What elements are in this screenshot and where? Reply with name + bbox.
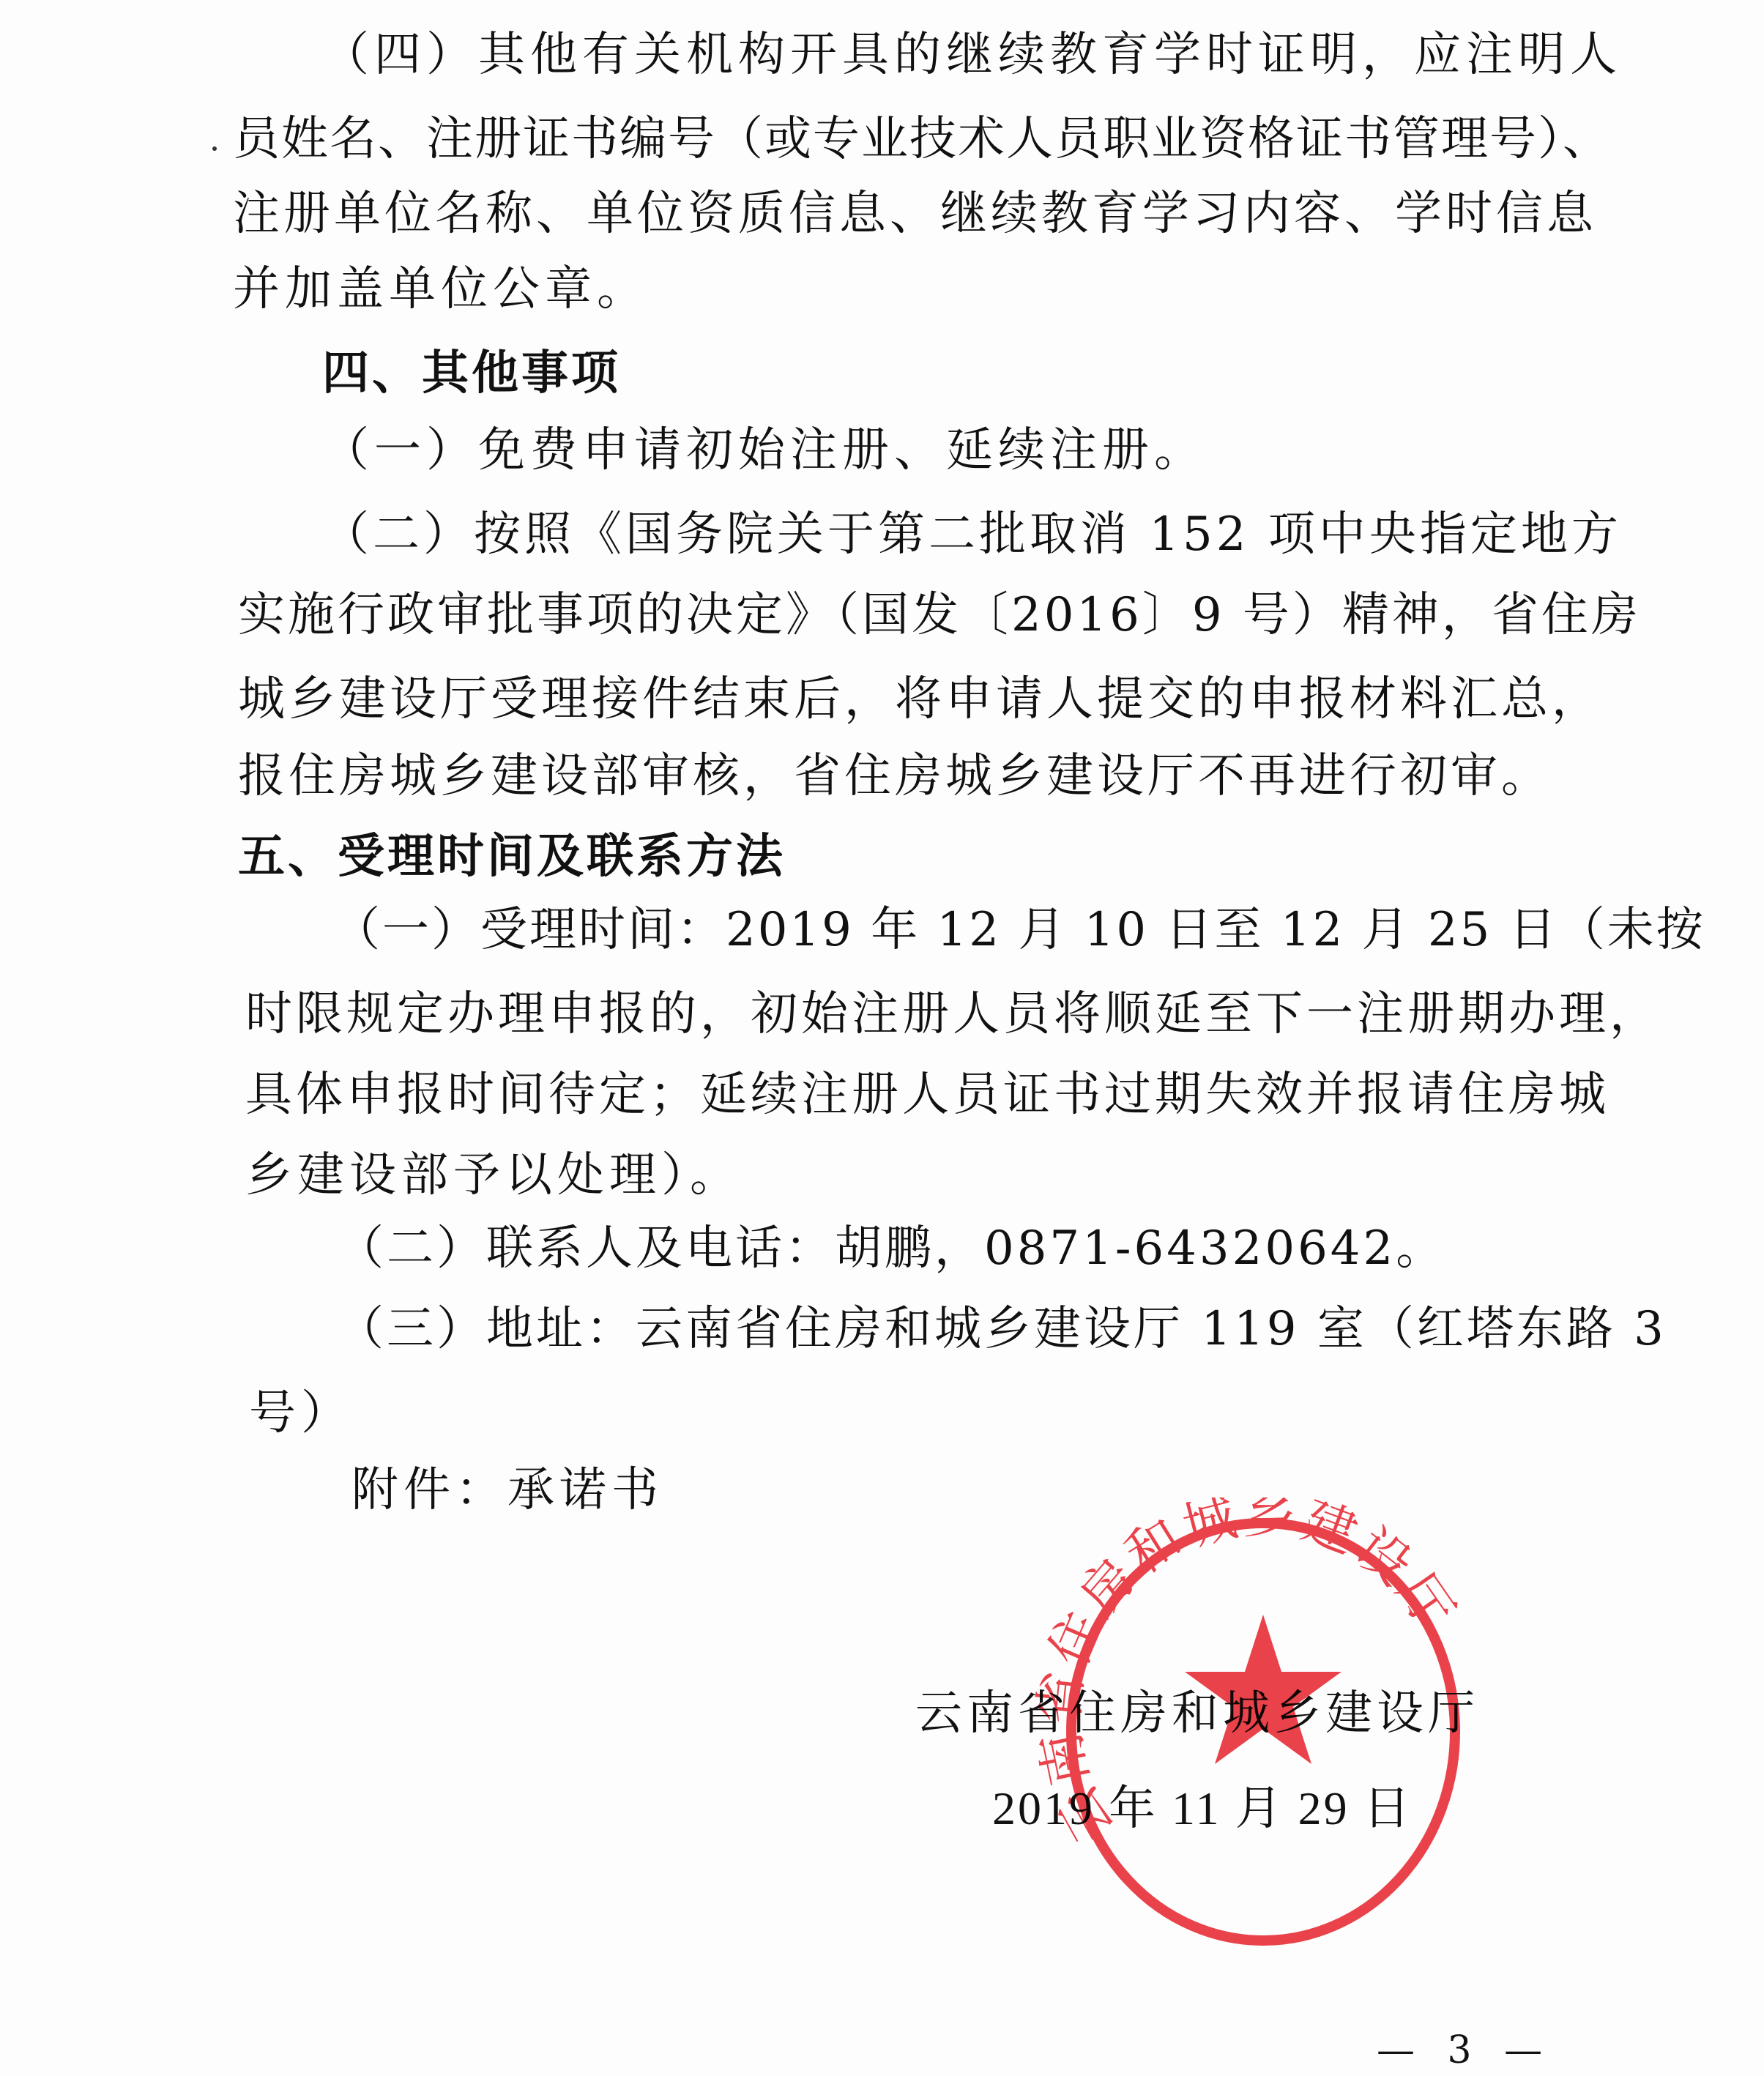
paragraph-line: 报住房城乡建设部审核，省住房城乡建设厅不再进行初审。 xyxy=(238,747,1571,806)
issuer-name: 云南省住房和城乡建设厅 xyxy=(915,1684,1479,1743)
paragraph-line: （一）免费申请初始注册、延续注册。 xyxy=(322,421,1655,480)
scan-speck xyxy=(212,146,217,151)
paragraph-line: （一）受理时间：2019 年 12 月 10 日至 12 月 25 日（未按 xyxy=(333,901,1666,959)
paragraph-line: 实施行政审批事项的决定》（国发〔2016〕9 号）精神，省住房 xyxy=(238,586,1571,644)
section-heading-4: 四、其他事项 xyxy=(322,344,1655,403)
document-page: （四）其他有关机构开具的继续教育学时证明，应注明人 员姓名、注册证书编号（或专业… xyxy=(0,0,1764,2076)
paragraph-line: 城乡建设厅受理接件结束后，将申请人提交的申报材料汇总， xyxy=(238,670,1571,729)
section-heading-5: 五、受理时间及联系方法 xyxy=(238,827,1571,886)
paragraph-line: 具体申报时间待定；延续注册人员证书过期失效并报请住房城 xyxy=(245,1065,1578,1124)
paragraph-line: 乡建设部予以处理）。 xyxy=(245,1146,1578,1205)
paragraph-line: 注册单位名称、单位资质信息、继续教育学习内容、学时信息 xyxy=(233,185,1566,243)
address-line: 号） xyxy=(249,1384,1582,1443)
paragraph-line: 员姓名、注册证书编号（或专业技术人员职业资格证书管理号）、 xyxy=(233,110,1566,168)
paragraph-line: 时限规定办理申报的，初始注册人员将顺延至下一注册期办理， xyxy=(245,985,1578,1043)
paragraph-line: （二）按照《国务院关于第二批取消 152 项中央指定地方 xyxy=(322,505,1655,564)
address-line: （三）地址：云南省住房和城乡建设厅 119 室（红塔东路 3 xyxy=(337,1300,1670,1358)
page-number: — 3 — xyxy=(1377,2028,1552,2072)
contact-line: （二）联系人及电话：胡鹏，0871-64320642。 xyxy=(337,1219,1670,1278)
paragraph-line: 并加盖单位公章。 xyxy=(233,260,1566,319)
paragraph-line: （四）其他有关机构开具的继续教育学时证明，应注明人 xyxy=(322,26,1655,84)
attachment-line: 附件：承诺书 xyxy=(351,1461,1684,1519)
issue-date: 2019 年 11 月 29 日 xyxy=(992,1779,1413,1838)
